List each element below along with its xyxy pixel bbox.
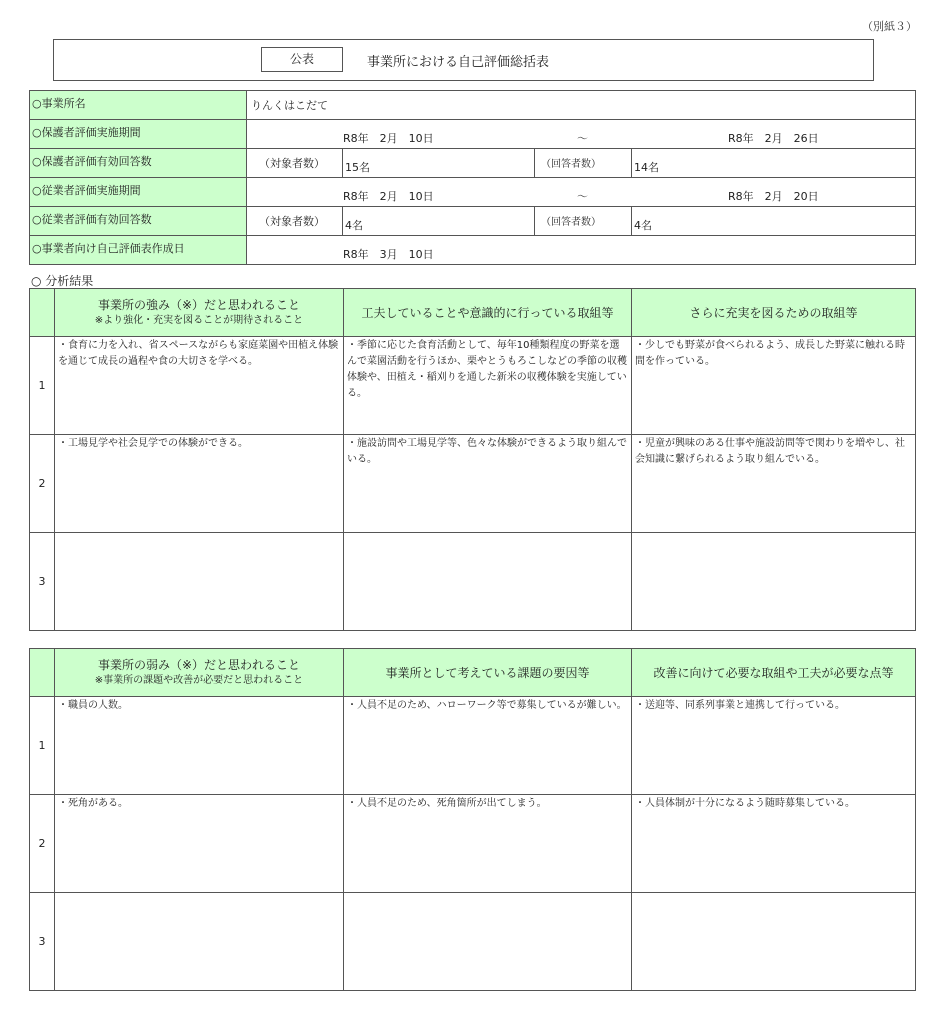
- row-number: 1: [30, 697, 55, 795]
- cause-cell: ・人員不足のため、ハローワーク等で募集しているが難しい。: [344, 697, 632, 795]
- weaknesses-header-sub: ※事業所の課題や改善が必要だと思われること: [55, 673, 343, 689]
- strength-cell: [55, 533, 344, 631]
- improvement-cell: [632, 893, 916, 991]
- staff-period-separator: ～: [577, 188, 588, 204]
- guardian-period-start: R8年 2月 10日: [343, 130, 434, 146]
- effort-cell: ・施設訪問や工場見学等、色々な体験ができるよう取り組んでいる。: [344, 435, 632, 533]
- row-number: 2: [30, 795, 55, 893]
- table-row: 2 ・工場見学や社会見学での体験ができる。 ・施設訪問や工場見学等、色々な体験が…: [30, 435, 916, 533]
- strengths-header-row: 事業所の強み（※）だと思われること ※より強化・充実を図ることが期待されること …: [30, 289, 916, 337]
- table-row: 1 ・職員の人数。 ・人員不足のため、ハローワーク等で募集しているが難しい。 ・…: [30, 697, 916, 795]
- effort-cell: [344, 533, 632, 631]
- staff-target-label: （対象者数）: [247, 207, 343, 236]
- strengths-header-sub: ※より強化・充実を図ることが期待されること: [55, 313, 343, 329]
- strength-cell: ・食育に力を入れ、省スペースながらも家庭菜園や田植え体験を通じて成長の過程や食の…: [55, 337, 344, 435]
- guardian-period-label: ○保護者評価実施期間: [30, 120, 247, 149]
- guardian-target-label: （対象者数）: [247, 149, 343, 178]
- weakness-cell: ・職員の人数。: [55, 697, 344, 795]
- guardian-target-count: 15名: [343, 149, 535, 178]
- strengths-header: 事業所の強み（※）だと思われること ※より強化・充実を図ることが期待されること: [55, 289, 344, 337]
- row-number: 3: [30, 533, 55, 631]
- info-table: ○事業所名 りんくはこだて ○保護者評価実施期間 R8年 2月 10日 ～ R8…: [29, 90, 916, 265]
- guardian-period-separator: ～: [577, 130, 588, 146]
- staff-respondent-count: 4名: [632, 207, 916, 236]
- office-name-value: りんくはこだて: [247, 91, 916, 120]
- weakness-cell: ・死角がある。: [55, 795, 344, 893]
- row-number: 2: [30, 435, 55, 533]
- staff-responses-row: ○従業者評価有効回答数 （対象者数） 4名 （回答者数） 4名: [30, 207, 916, 236]
- cause-cell: ・人員不足のため、死角箇所が出てしまう。: [344, 795, 632, 893]
- further-effort-cell: ・児童が興味のある仕事や施設訪問等で関わりを増やし、社会知識に繋げられるよう取り…: [632, 435, 916, 533]
- table-row: 3: [30, 893, 916, 991]
- cause-cell: [344, 893, 632, 991]
- created-date-row: ○事業者向け自己評価表作成日 R8年 3月 10日: [30, 236, 916, 265]
- analysis-section-label: ○ 分析結果: [31, 272, 93, 289]
- page-title: 事業所における自己評価総括表: [367, 51, 549, 70]
- guardian-respondent-label: （回答者数）: [535, 149, 632, 178]
- number-header: [30, 649, 55, 697]
- strength-cell: ・工場見学や社会見学での体験ができる。: [55, 435, 344, 533]
- created-date-value: R8年 3月 10日: [343, 246, 434, 262]
- efforts-header: 工夫していることや意識的に行っている取組等: [344, 289, 632, 337]
- table-row: 2 ・死角がある。 ・人員不足のため、死角箇所が出てしまう。 ・人員体制が十分に…: [30, 795, 916, 893]
- improvements-header: 改善に向けて必要な取組や工夫が必要な点等: [632, 649, 916, 697]
- weakness-cell: [55, 893, 344, 991]
- further-efforts-header: さらに充実を図るための取組等: [632, 289, 916, 337]
- causes-header: 事業所として考えている課題の要因等: [344, 649, 632, 697]
- created-date-label: ○事業者向け自己評価表作成日: [30, 236, 247, 265]
- office-name-label: ○事業所名: [30, 91, 247, 120]
- row-number: 3: [30, 893, 55, 991]
- weaknesses-header-row: 事業所の弱み（※）だと思われること ※事業所の課題や改善が必要だと思われること …: [30, 649, 916, 697]
- staff-responses-label: ○従業者評価有効回答数: [30, 207, 247, 236]
- staff-period-label: ○従業者評価実施期間: [30, 178, 247, 207]
- guardian-responses-row: ○保護者評価有効回答数 （対象者数） 15名 （回答者数） 14名: [30, 149, 916, 178]
- number-header: [30, 289, 55, 337]
- guardian-respondent-count: 14名: [632, 149, 916, 178]
- staff-respondent-label: （回答者数）: [535, 207, 632, 236]
- public-label: 公表: [261, 47, 343, 72]
- table-row: 3: [30, 533, 916, 631]
- row-number: 1: [30, 337, 55, 435]
- staff-target-count: 4名: [343, 207, 535, 236]
- strengths-header-main: 事業所の強み（※）だと思われること: [98, 298, 300, 312]
- office-name-row: ○事業所名 りんくはこだて: [30, 91, 916, 120]
- further-effort-cell: [632, 533, 916, 631]
- title-box: 公表 事業所における自己評価総括表: [53, 39, 874, 81]
- weaknesses-header-main: 事業所の弱み（※）だと思われること: [98, 658, 300, 672]
- weaknesses-table: 事業所の弱み（※）だと思われること ※事業所の課題や改善が必要だと思われること …: [29, 648, 916, 991]
- weaknesses-header: 事業所の弱み（※）だと思われること ※事業所の課題や改善が必要だと思われること: [55, 649, 344, 697]
- guardian-period-end: R8年 2月 26日: [728, 130, 819, 146]
- staff-period-start: R8年 2月 10日: [343, 188, 434, 204]
- staff-period-row: ○従業者評価実施期間 R8年 2月 10日 ～ R8年 2月 20日: [30, 178, 916, 207]
- annex-label: （別紙３）: [862, 18, 917, 34]
- staff-period-end: R8年 2月 20日: [728, 188, 819, 204]
- further-effort-cell: ・少しでも野菜が食べられるよう、成長した野菜に触れる時間を作っている。: [632, 337, 916, 435]
- effort-cell: ・季節に応じた食育活動として、毎年10種類程度の野菜を選んで菜園活動を行うほか、…: [344, 337, 632, 435]
- table-row: 1 ・食育に力を入れ、省スペースながらも家庭菜園や田植え体験を通じて成長の過程や…: [30, 337, 916, 435]
- strengths-table: 事業所の強み（※）だと思われること ※より強化・充実を図ることが期待されること …: [29, 288, 916, 631]
- improvement-cell: ・人員体制が十分になるよう随時募集している。: [632, 795, 916, 893]
- guardian-responses-label: ○保護者評価有効回答数: [30, 149, 247, 178]
- improvement-cell: ・送迎等、同系列事業と連携して行っている。: [632, 697, 916, 795]
- guardian-period-row: ○保護者評価実施期間 R8年 2月 10日 ～ R8年 2月 26日: [30, 120, 916, 149]
